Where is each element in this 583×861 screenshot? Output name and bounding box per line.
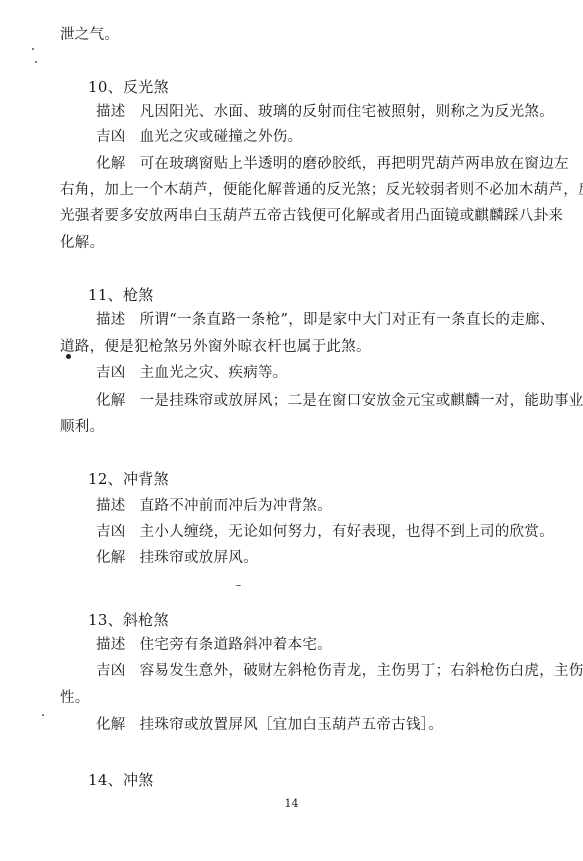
fortune-label: 吉凶 [96,662,126,680]
remedy-label: 化解 [96,549,126,567]
section-10-remedy-line-3: 光强者要多安放两串白玉葫芦五帝古钱便可化解或者用凸面镜或麒麟踩八卦来 [60,207,563,225]
section-12-remedy: 化解挂珠帘或放屏风。 [96,549,258,567]
scan-speck [35,61,37,63]
remedy-text: 挂珠帘或放屏风。 [140,550,258,566]
description-text: 住宅旁有条道路斜冲着本宅。 [140,637,332,653]
scan-speck [66,354,71,359]
remedy-text: 一是挂珠帘或放屏风；二是在窗口安放金元宝或麒麟一对，能助事业 [140,393,583,409]
section-10-remedy-line-2: 右角，加上一个木葫芦，便能化解普通的反光煞；反光较弱者则不必加木葫芦，反 [60,181,583,199]
section-12-description: 描述直路不冲前而冲后为冲背煞。 [96,497,332,515]
description-text: 所谓“一条直路一条枪”，即是家中大门对正有一条直长的走廊、 [140,312,555,328]
description-label: 描述 [96,103,126,121]
remedy-label: 化解 [96,155,126,173]
scan-speck [42,714,44,716]
description-text: 直路不冲前而冲后为冲背煞。 [140,498,332,514]
fortune-text: 主血光之灾、疾病等。 [140,365,288,381]
fortune-label: 吉凶 [96,364,126,382]
section-11-remedy: 化解一是挂珠帘或放屏风；二是在窗口安放金元宝或麒麟一对，能助事业 [96,392,583,410]
section-12-fortune: 吉凶主小人缠绕，无论如何努力，有好表现，也得不到上司的欣赏。 [96,523,554,541]
intro-tail-text: 泄之气。 [60,26,119,44]
section-13-remedy: 化解挂珠帘或放置屏风［宜加白玉葫芦五帝古钱］。 [96,716,443,734]
section-13-fortune: 吉凶容易发生意外，破财左斜枪伤青龙，主伤男丁；右斜枪伤白虎，主伤女 [96,662,583,680]
section-11-fortune: 吉凶主血光之灾、疾病等。 [96,364,288,382]
section-11-title: 11、枪煞 [88,286,154,304]
section-11-description: 描述所谓“一条直路一条枪”，即是家中大门对正有一条直长的走廊、 [96,311,555,329]
fortune-text: 血光之灾或碰撞之外伤。 [140,129,303,145]
description-label: 描述 [96,636,126,654]
fortune-text: 主小人缠绕，无论如何努力，有好表现，也得不到上司的欣赏。 [140,524,554,540]
section-11-description-line-2: 道路，便是犯枪煞另外窗外晾衣杆也属于此煞。 [60,338,371,356]
section-10-remedy-line-4: 化解。 [60,234,104,252]
section-10-fortune: 吉凶血光之灾或碰撞之外伤。 [96,128,302,146]
remedy-text: 挂珠帘或放置屏风［宜加白玉葫芦五帝古钱］。 [140,717,444,733]
fortune-text: 容易发生意外，破财左斜枪伤青龙，主伤男丁；右斜枪伤白虎，主伤女 [140,663,583,679]
page-number: 14 [0,797,583,810]
description-label: 描述 [96,311,126,329]
section-13-description: 描述住宅旁有条道路斜冲着本宅。 [96,636,332,654]
scan-speck [32,48,34,50]
section-12-title: 12、冲背煞 [88,470,169,488]
section-13-fortune-line-2: 性。 [60,689,90,707]
remedy-label: 化解 [96,716,126,734]
remedy-label: 化解 [96,392,126,410]
remedy-text: 可在玻璃窗贴上半透明的磨砂胶纸，再把明咒葫芦两串放在窗边左 [140,156,569,172]
description-text: 凡因阳光、水面、玻璃的反射而住宅被照射，则称之为反光煞。 [140,104,554,120]
description-label: 描述 [96,497,126,515]
fortune-label: 吉凶 [96,523,126,541]
section-14-title: 14、冲煞 [88,771,154,789]
section-13-title: 13、斜枪煞 [88,611,169,629]
section-10-description: 描述凡因阳光、水面、玻璃的反射而住宅被照射，则称之为反光煞。 [96,103,554,121]
section-10-remedy: 化解可在玻璃窗贴上半透明的磨砂胶纸，再把明咒葫芦两串放在窗边左 [96,155,569,173]
section-11-remedy-line-2: 顺利。 [60,418,104,436]
section-10-title: 10、反光煞 [88,78,169,96]
fortune-label: 吉凶 [96,128,126,146]
scan-speck [236,585,241,586]
